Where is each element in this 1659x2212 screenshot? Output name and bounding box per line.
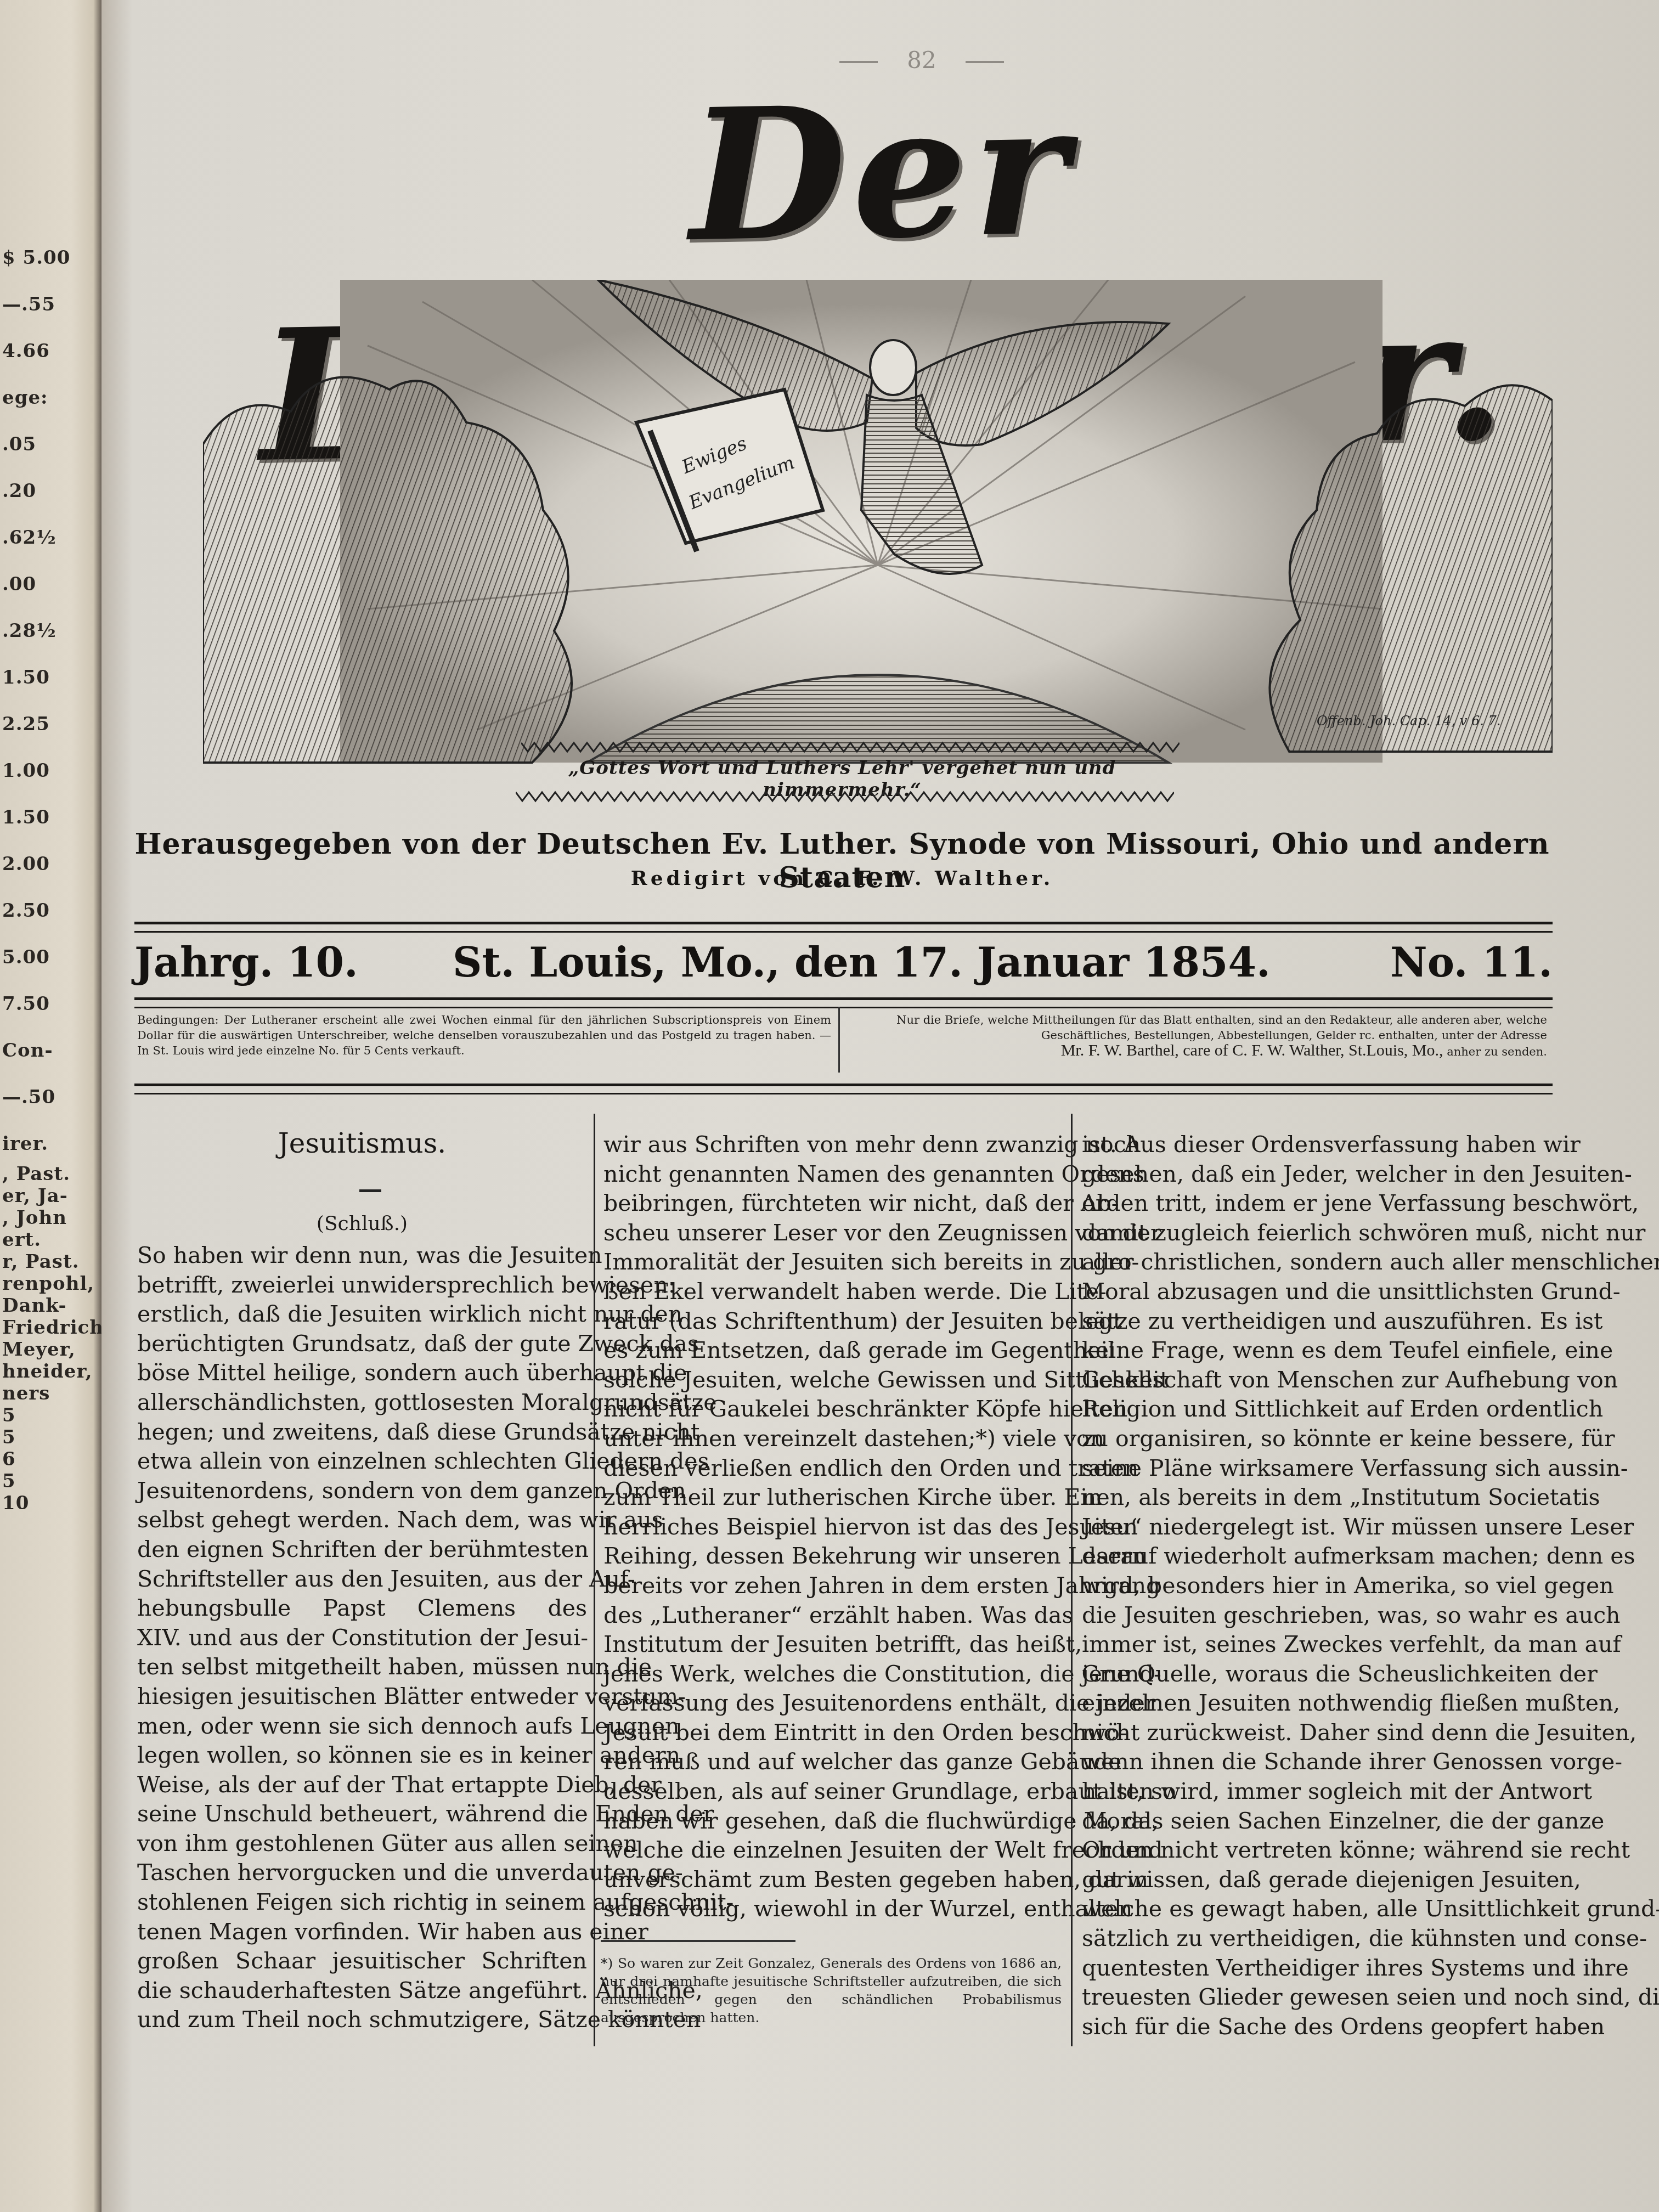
article-line: damit zugleich feierlich schwören muß, n… [1082,1218,1548,1248]
article-line: von ihm gestohlenen Güter aus allen sein… [137,1829,587,1859]
article-line: halten wird, immer sogleich mit der Antw… [1082,1777,1548,1807]
article-line: etwa allein von einzelnen schlechten Gli… [137,1447,587,1476]
article-line: nicht für Gaukelei beschränkter Köpfe hi… [603,1395,1062,1424]
article-line: Reihing, dessen Bekehrung wir unseren Le… [603,1542,1062,1571]
article-line: desselben, als auf seiner Grundlage, erb… [603,1777,1062,1807]
correspondence-text: Nur die Briefe, welche Mittheilungen für… [896,1013,1547,1042]
footnote-rule [601,1940,795,1942]
rule-divider [134,997,1553,1008]
facing-page-text: .05 [2,433,36,455]
article-line: legen wollen, so können sie es in keiner… [137,1741,587,1770]
correspondence-tail: anher zu senden. [1447,1045,1547,1058]
article-line: aller christlichen, sondern auch aller m… [1082,1248,1548,1277]
article-line: nen, als bereits in dem „Institutum Soci… [1082,1483,1548,1513]
article-line: und zum Theil noch schmutzigere, Sätze k… [137,2005,587,2035]
article-line: jene Quelle, woraus die Scheuslichkeiten… [1082,1660,1548,1689]
article-line: herrliches Beispiel hiervon ist das des … [603,1513,1062,1542]
article-line: da, das seien Sachen Einzelner, die der … [1082,1807,1548,1836]
article-line: scheu unserer Leser vor den Zeugnissen v… [603,1218,1062,1248]
article-line: beibringen, fürchteten wir nicht, daß de… [603,1189,1062,1218]
facing-page-text: 10 [2,1492,29,1514]
facing-page-text: 5 [2,1426,16,1448]
article-line: darauf wiederholt aufmerksam machen; den… [1082,1542,1548,1571]
article-line: schon völlig, wiewohl in der Wurzel, ent… [603,1894,1062,1924]
article-line: wir aus Schriften von mehr denn zwanzig … [603,1130,1062,1160]
article-column-3: ist. Aus dieser Ordensverfassung haben w… [1082,1130,1548,2041]
article-line: XIV. und aus der Constitution der Jesui- [137,1623,587,1653]
facing-page-edge: $ 5.00—.554.66ege:.05.20.62½.00.28½1.502… [0,0,101,2212]
article-line: hebungsbulle Papst Clemens des [137,1594,587,1623]
place-and-date: St. Louis, Mo., den 17. Januar 1854. [453,939,1271,986]
article-line: unter ihnen vereinzelt dastehen;*) viele… [603,1424,1062,1454]
engraving-icon [203,280,1553,785]
article-subtitle: (Schluß.) [137,1212,587,1235]
dateline: Jahrg. 10. St. Louis, Mo., den 17. Janua… [134,939,1553,989]
article-line: Jesuit bei dem Eintritt in den Orden bes… [603,1718,1062,1748]
article-line: unverschämt zum Besten gegeben haben, da… [603,1865,1062,1895]
article-line: den eignen Schriften der berühmtesten [137,1535,587,1565]
article-line: men, oder wenn sie sich dennoch aufs Leu… [137,1712,587,1741]
editor-line: Redigirt von C. F. W. Walther. [132,867,1553,890]
article-line: böse Mittel heilige, sondern auch überha… [137,1358,587,1388]
column-divider [1071,1114,1073,2046]
facing-page-text: 7.50 [2,993,50,1015]
subscription-terms: Bedingungen: Der Lutheraner erscheint al… [137,1012,831,1058]
column-divider [838,1007,840,1073]
article-line: betrifft, zweierlei unwidersprechlich be… [137,1271,587,1300]
article-line: es zum Entsetzen, daß gerade im Gegenthe… [603,1336,1062,1365]
zigzag-rule-icon [521,741,1180,754]
article-line: berüchtigten Grundsatz, daß der gute Zwe… [137,1329,587,1359]
title-dash [359,1189,381,1192]
article-line: gut wissen, daß gerade diejenigen Jesuit… [1082,1865,1548,1895]
article-line: ßen Ekel verwandelt haben werde. Die Lit… [603,1277,1062,1307]
article-line: großen Schaar jesuitischer Schriften [137,1946,587,1976]
article-line: die Jesuiten geschrieben, was, so wahr e… [1082,1601,1548,1630]
article-line: stohlenen Feigen sich richtig in seinem … [137,1888,587,1917]
article-line: einzelnen Jesuiten nothwendig fließen mu… [1082,1689,1548,1718]
facing-page-text: 5 [2,1470,16,1492]
facing-page-text: 1.00 [2,760,50,782]
article-line: zum Theil zur lutherischen Kirche über. … [603,1483,1062,1513]
article-line: Orden nicht vertreten könne; während sie… [1082,1836,1548,1865]
article-line: allerschändlichsten, gottlosesten Moralg… [137,1388,587,1418]
article-line: ratur (das Schriftenthum) der Jesuiten b… [603,1307,1062,1336]
facing-page-text: 1.50 [2,806,50,828]
facing-page-text: renpohl, [2,1273,94,1295]
angel-engraving-illustration: Ewiges Evangelium [203,280,1553,785]
facing-page-text: Meyer, [2,1339,76,1361]
article-line: des „Lutheraner“ erzählt haben. Was das [603,1601,1062,1630]
facing-page-text: .28½ [2,620,57,642]
article-line: hiesigen jesuitischen Blätter entweder v… [137,1682,587,1712]
article-line: bereits vor zehen Jahren in dem ersten J… [603,1571,1062,1601]
article-line: So haben wir denn nun, was die Jesuiten [137,1241,587,1271]
facing-page-text: 5.00 [2,946,50,968]
article-line: immer ist, seines Zweckes verfehlt, da m… [1082,1630,1548,1660]
article-line: Institutum der Jesuiten betrifft, das he… [603,1630,1062,1660]
facing-page-text: Dank- [2,1295,67,1317]
facing-page-text: 2.25 [2,713,50,735]
article-line: nicht genannten Namen des genannten Orde… [603,1160,1062,1189]
article-column-1: So haben wir denn nun, was die Jesuitenb… [137,1241,587,2035]
article-line: seine Unschuld betheuert, während die En… [137,1799,587,1829]
article-line: haben wir gesehen, daß die fluchwürdige … [603,1807,1062,1836]
article-line: Jesu“ niedergelegt ist. Wir müssen unser… [1082,1513,1548,1542]
article-column-2: wir aus Schriften von mehr denn zwanzig … [603,1130,1062,1924]
article-line: Weise, als der auf der That ertappte Die… [137,1770,587,1800]
article-line: welche die einzelnen Jesuiten der Welt f… [603,1836,1062,1865]
article-line: sätze zu vertheidigen und auszuführen. E… [1082,1307,1548,1336]
article-line: Immoralität der Jesuiten sich bereits in… [603,1248,1062,1277]
issue-number: No. 11. [1390,939,1553,986]
article-line: wenn ihnen die Schande ihrer Genossen vo… [1082,1747,1548,1777]
column-divider [594,1114,595,2046]
article-line: ren muß und auf welcher das ganze Gebäud… [603,1747,1062,1777]
article-line: Schriftsteller aus den Jesuiten, aus der… [137,1565,587,1594]
article-line: orden tritt, indem er jene Verfassung be… [1082,1189,1548,1218]
article-line: selbst gehegt werden. Nach dem, was wir … [137,1505,587,1535]
facing-page-text: 2.00 [2,853,50,875]
facing-page-text: 1.50 [2,667,50,689]
facing-page-text: ege: [2,387,48,409]
article-line: treuesten Glieder gewesen seien und noch… [1082,1983,1548,2012]
article-line: sich für die Sache des Ordens geopfert h… [1082,2012,1548,2042]
zigzag-rule-icon [516,790,1174,803]
facing-page-text: Friedrich [2,1317,101,1339]
facing-page-text: ert. [2,1229,41,1251]
facing-page-text: 5 [2,1404,16,1426]
article-line: zu organisiren, so könnte er keine besse… [1082,1424,1548,1454]
facing-page-text: , John [2,1207,67,1229]
article-title: Jesuitismus. [137,1127,587,1159]
article-line: welche es gewagt haben, alle Unsittlichk… [1082,1894,1548,1924]
facing-page-text: —.55 [2,294,55,315]
facing-page-text: 6 [2,1448,16,1470]
facing-page-text: —.50 [2,1086,55,1108]
article-line: keine Frage, wenn es dem Teufel einfiele… [1082,1336,1548,1365]
article-line: ten selbst mitgetheilt haben, müssen nun… [137,1652,587,1682]
rule-divider [134,922,1553,933]
rule-divider [134,1084,1553,1094]
article-line: quentesten Vertheidiger ihres Systems un… [1082,1954,1548,1983]
article-line: erstlich, daß die Jesuiten wirklich nich… [137,1300,587,1329]
article-line: nicht zurückweist. Daher sind denn die J… [1082,1718,1548,1748]
article-line: Taschen hervorgucken und die unverdauten… [137,1858,587,1888]
article-line: die schauderhaftesten Sätze angeführt. Ä… [137,1976,587,2006]
facing-page-text: Con- [2,1040,53,1062]
article-line: sätzlich zu vertheidigen, die kühnsten u… [1082,1924,1548,1954]
footnote: *) So waren zur Zeit Gonzalez, Generals … [601,1954,1062,2027]
facing-page-text: r, Past. [2,1251,79,1273]
facing-page-text: 4.66 [2,340,50,362]
correspondence-notice: Nur die Briefe, welche Mittheilungen für… [850,1012,1547,1059]
article-line: wird, besonders hier in Amerika, so viel… [1082,1571,1548,1601]
article-line: Gesellschaft von Menschen zur Aufhebung … [1082,1365,1548,1395]
volume-number: Jahrg. 10. [134,939,358,986]
masthead: Der Lutheraner. [203,66,1564,719]
article-line: hegen; und zweitens, daß diese Grundsätz… [137,1418,587,1447]
facing-page-text: 2.50 [2,900,50,922]
article-line: ist. Aus dieser Ordensverfassung haben w… [1082,1130,1548,1160]
scripture-reference: Offenb. Joh. Cap. 14, v 6. 7. [1317,713,1500,729]
article-line: solche Jesuiten, welche Gewissen und Sit… [603,1365,1062,1395]
facing-page-text: irer. [2,1133,48,1155]
article-line: tenen Magen vorfinden. Wir haben aus ein… [137,1917,587,1947]
article-line: diesen verließen endlich den Orden und t… [603,1454,1062,1483]
article-line: Moral abzusagen und die unsittlichsten G… [1082,1277,1548,1307]
article-line: jenes Werk, welches die Constitution, di… [603,1660,1062,1689]
article-line: Jesuitenordens, sondern von dem ganzen O… [137,1476,587,1506]
facing-page-text: hneider, [2,1361,93,1383]
facing-page-text: .20 [2,480,36,502]
article-line: gesehen, daß ein Jeder, welcher in den J… [1082,1160,1548,1189]
correspondence-address: Mr. F. W. Barthel, care of C. F. W. Walt… [1061,1041,1443,1059]
facing-page-text: , Past. [2,1163,70,1185]
facing-page-text: .00 [2,573,36,595]
article-line: Religion und Sittlichkeit auf Erden orde… [1082,1395,1548,1424]
facing-page-text: $ 5.00 [2,247,70,269]
facing-page-text: ners [2,1383,50,1404]
article-line: verfassung des Jesuitenordens enthält, d… [603,1689,1062,1718]
article-line: seine Pläne wirksamere Verfassung sich a… [1082,1454,1548,1483]
facing-page-text: .62½ [2,527,57,549]
facing-page-text: er, Ja- [2,1185,68,1207]
